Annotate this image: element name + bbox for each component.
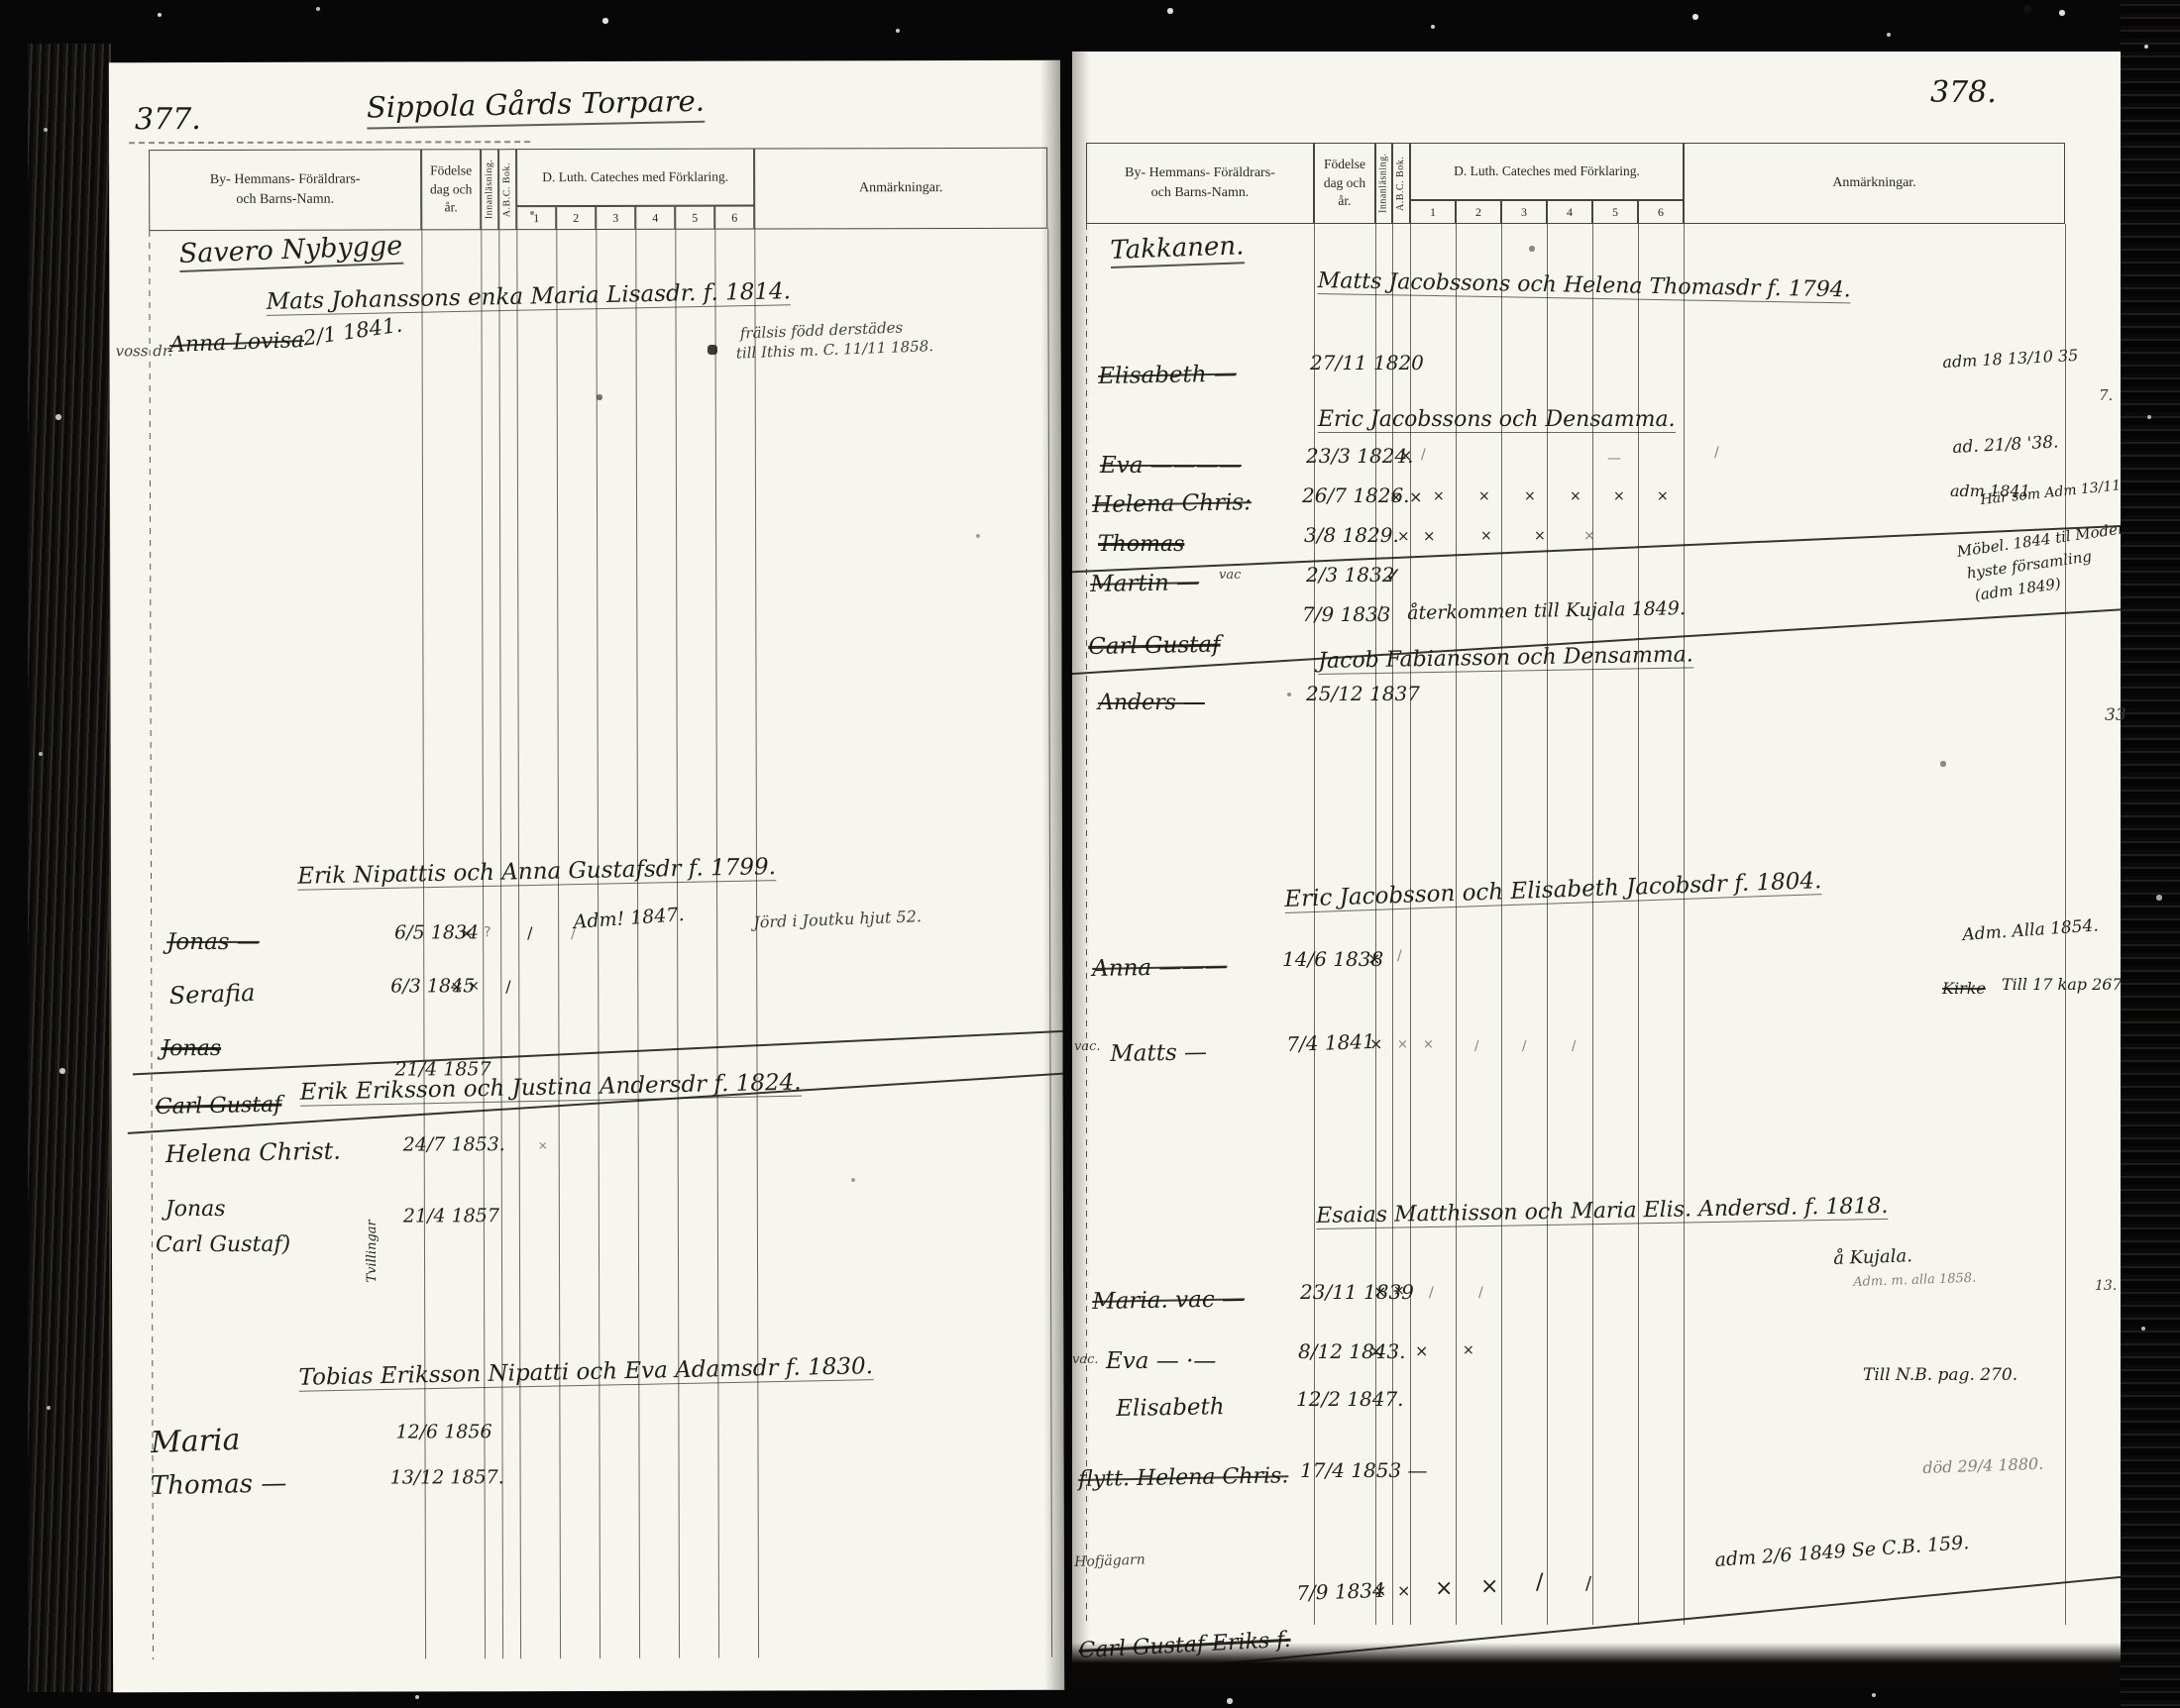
catechism-mark: / (1522, 1040, 1526, 1054)
catechism-mark: × (1373, 1583, 1386, 1600)
birth-date: 8/12 1843. (1298, 1341, 1406, 1362)
village-heading: Savero Nybygge (178, 233, 403, 273)
handwritten-entry: Till N.B. pag. 270. (1863, 1367, 2017, 1385)
ruled-column-line (1375, 224, 1376, 1625)
handwritten-entry: Thomas — (151, 1470, 287, 1500)
edge-note: 13. (2095, 1278, 2117, 1294)
handwritten-entry: Tvillingar (366, 1220, 380, 1282)
handwritten-entry: Maria. vac — (1092, 1287, 1245, 1314)
handwritten-entry: Helena Chris: (1092, 490, 1252, 517)
catechism-mark: × (1423, 529, 1436, 545)
catechism-mark: × (1423, 1038, 1434, 1052)
catechism-mark: × (1409, 489, 1422, 506)
handwritten-entry: Matts — (1110, 1040, 1207, 1066)
family-heading: Esaias Matthisson och Maria Elis. Anders… (1316, 1195, 1889, 1229)
catechism-mark: × (1478, 489, 1490, 504)
page-number: 378. (1930, 75, 1997, 110)
register-page-right: 378. By- Hemmans- Föräldrars- och Barns-… (1072, 52, 2121, 1688)
birth-date: 17/4 1853 — (1300, 1460, 1428, 1481)
column-header-grade-6: 6 (1638, 200, 1684, 224)
margin-note: voss dr. (116, 344, 173, 360)
birth-date: 25/12 1837 (1306, 684, 1420, 704)
catechism-mark: / (1429, 1286, 1434, 1301)
scan-smudge (1072, 1643, 2121, 1688)
column-header-grade-1: 1 (1410, 200, 1456, 224)
family-heading: Eric Jacobssons och Densamma. (1318, 408, 1676, 433)
birth-date: 23/3 1824. (1306, 446, 1414, 467)
catechism-mark: × (450, 979, 463, 996)
catechism-mark: × (1583, 529, 1595, 544)
column-header-reading: Innanläsning. (1375, 143, 1392, 224)
ruled-column-line (481, 230, 486, 1658)
catechism-mark: / (1474, 1040, 1478, 1054)
handwritten-entry: å Kujala. (1833, 1247, 1912, 1269)
handwritten-entry: Serafia (168, 981, 256, 1009)
family-heading: Tobias Eriksson Nipatti och Eva Adamsdr … (298, 1354, 873, 1392)
family-heading: Matts Jacobssons och Helena Thomasdr f. … (1318, 269, 1851, 303)
handwritten-entry: Elisabeth — (1098, 363, 1237, 389)
ruled-column-line (556, 230, 561, 1658)
handwritten-entry: Anna ——— (1092, 955, 1228, 982)
handwritten-entry: ad. 21/8 '38. (1952, 434, 2059, 457)
column-header-birth: Födelse dag och år. (421, 149, 481, 230)
catechism-mark: / (1585, 1575, 1591, 1594)
catechism-mark: × (1369, 1343, 1382, 1360)
register-page-left: 377. Sippola Gårds Torpare. By- Hemmans-… (109, 60, 1064, 1693)
ruled-column-line (1638, 224, 1639, 1625)
handwritten-entry: Carl Gustaf) (156, 1233, 290, 1256)
ruled-column-line (635, 230, 640, 1658)
margin-note: till Ithis m. C. 11/11 1858. (736, 339, 934, 362)
page-number: 377. (135, 102, 201, 137)
column-header-grade-5: 5 (1592, 200, 1638, 224)
catechism-mark: × (1613, 489, 1625, 504)
ruled-column-line (1410, 224, 1411, 1625)
handwritten-entry: Till 17 kap 267. (2002, 977, 2121, 994)
ruled-column-line (421, 230, 426, 1658)
birth-date: 3/8 1829. (1304, 525, 1399, 546)
column-header-grade-1: 1 (516, 206, 556, 230)
handwritten-entry: Elisabeth (1116, 1395, 1225, 1421)
handwritten-entry: Jonas (161, 1035, 1064, 1061)
catechism-mark: × (1534, 529, 1546, 544)
handwritten-entry: Kirke (1942, 981, 1986, 998)
catechism-mark: × (1657, 489, 1669, 504)
scan-noise-ink (0, 0, 2, 2)
ruled-column-line (675, 230, 680, 1658)
catechism-mark: ? (484, 925, 490, 940)
catechism-mark: × (1399, 448, 1412, 465)
ruled-column-line (498, 230, 503, 1658)
ruled-column-line (1501, 224, 1502, 1625)
catechism-mark: × (1397, 529, 1410, 545)
handwritten-entry: adm 18 13/10 35 (1942, 348, 2079, 372)
catechism-mark: × (460, 925, 473, 942)
column-header-grade-2: 2 (1456, 200, 1501, 224)
handwritten-entry: Adm. Alla 1854. (1962, 917, 2099, 944)
catechism-mark: / (571, 927, 576, 942)
handwritten-entry: Martin — (1090, 571, 1199, 596)
catechism-mark: / (527, 925, 532, 942)
handwritten-entry: Här som Adm 13/11 1844. (1980, 474, 2121, 507)
birth-date: 21/4 1857 (403, 1207, 499, 1227)
handwritten-entry: Anna Lovisa (169, 329, 305, 357)
birth-date: 12/2 1847. (1296, 1389, 1404, 1410)
birth-date: 2/3 1832 (1306, 565, 1394, 586)
book-page-stack-edge (28, 44, 111, 1692)
catechism-mark: × (1397, 1038, 1408, 1052)
spine-shadow (1040, 60, 1064, 1690)
catechism-mark: ✓ (1385, 565, 1402, 586)
catechism-mark: × (468, 979, 480, 994)
catechism-mark: × (1433, 489, 1445, 504)
handwritten-entry: Eva — ·— (1106, 1349, 1216, 1373)
catechism-mark: × (1397, 1583, 1410, 1600)
birth-date: 24/7 1853. (403, 1135, 505, 1155)
handwritten-entry: (adm 1849) (1974, 577, 2062, 604)
edge-note: 33 (2105, 705, 2126, 725)
column-header-grade-2: 2 (556, 206, 596, 230)
scan-right-edge (2121, 0, 2180, 1708)
handwritten-entry: återkommen till Kujala 1849. (1407, 599, 1686, 624)
catechism-mark: × (1463, 1343, 1474, 1358)
margin-note: Jörd i Joutku hjut 52. (753, 908, 922, 931)
column-header-grade-4: 4 (635, 206, 675, 230)
birth-date: 12/6 1856 (395, 1423, 491, 1442)
catechism-mark: — (1607, 452, 1621, 467)
scanned-register-spread: 377. Sippola Gårds Torpare. By- Hemmans-… (0, 0, 2180, 1708)
handwritten-entry: Anders — (1098, 692, 1205, 714)
column-header-abc: A.B.C. Bok. (1392, 143, 1410, 224)
ruled-column-line (1684, 224, 1685, 1625)
birth-date: 7/4 1841 (1286, 1031, 1375, 1055)
birth-date: 2/1 1841. (302, 313, 404, 349)
catechism-mark: × (1373, 1284, 1386, 1301)
birth-date: 7/9 1834 (1296, 1580, 1385, 1604)
column-header-names: By- Hemmans- Föräldrars- och Barns-Namn. (1086, 143, 1314, 224)
handwritten-entry: adm 2/6 1849 Se C.B. 159. (1714, 1534, 1970, 1571)
ruled-column-line (516, 230, 521, 1658)
column-header-names: By- Hemmans- Föräldrars- och Barns-Namn. (149, 149, 421, 231)
edge-note: 7. (2099, 386, 2113, 404)
family-heading: Eric Jacobsson och Elisabeth Jacobsdr f.… (1284, 869, 1822, 913)
handwritten-entry: Jonas — (166, 930, 260, 954)
catechism-mark: × (1369, 1036, 1382, 1053)
handwritten-entry: Adm. m. alla 1858. (1853, 1272, 1976, 1290)
catechism-mark: / (1377, 604, 1382, 621)
margin-note: vac (1219, 569, 1241, 583)
catechism-mark: × (1415, 1343, 1428, 1360)
catechism-mark: / (1421, 448, 1426, 463)
ruled-dashed-line (129, 141, 530, 144)
ruled-column-line (1456, 224, 1457, 1625)
catechism-mark: × (1524, 489, 1536, 504)
handwritten-entry: Helena Christ. (165, 1139, 341, 1168)
birth-date: 13/12 1857. (390, 1468, 504, 1488)
ruled-column-line (1314, 224, 1315, 1625)
handwritten-entry: död 29/4 1880. (1922, 1456, 2044, 1477)
ruled-column-line (754, 230, 759, 1658)
column-header-remarks: Anmärkningar. (754, 148, 1047, 230)
handwritten-entry: Maria (150, 1425, 241, 1459)
catechism-mark: × (1435, 1577, 1453, 1600)
column-header-grade-3: 3 (596, 206, 635, 230)
column-header-birth: Födelse dag och år. (1314, 143, 1375, 224)
catechism-mark: / (1714, 446, 1719, 461)
catechism-mark: / (505, 979, 510, 996)
column-header-abc: A.B.C. Bok. (498, 149, 516, 230)
village-heading: Takkanen. (1110, 233, 1245, 268)
family-heading: Mats Johanssons enka Maria Lisasdr. f. 1… (266, 279, 791, 316)
catechism-mark: × (1480, 529, 1492, 544)
catechism-mark: × (1393, 1284, 1405, 1299)
catechism-mark: / (1397, 949, 1402, 964)
handwritten-entry: Eva ———— (1100, 454, 1242, 478)
catechism-mark: / (1536, 1571, 1543, 1594)
ruled-column-line (1392, 224, 1393, 1625)
catechism-mark: × (1480, 1575, 1498, 1598)
column-header-grade-6: 6 (714, 206, 754, 230)
catechism-mark: / (1572, 1040, 1576, 1054)
handwritten-entry: Jonas (165, 1198, 226, 1221)
ruled-column-line (714, 230, 719, 1658)
column-header-reading: Innanläsning. (481, 149, 498, 230)
catechism-mark: × (1389, 489, 1402, 506)
ruled-column-line (596, 230, 600, 1658)
catechism-mark: / (1478, 1286, 1483, 1301)
handwritten-entry: Adm! 1847. (573, 906, 685, 933)
column-header-catechism: D. Luth. Cateches med Förklaring. (516, 149, 754, 207)
column-header-grade-5: 5 (675, 206, 714, 230)
ruled-column-line (1547, 224, 1548, 1625)
column-header-grade-3: 3 (1501, 200, 1547, 224)
spine-shadow (1072, 52, 1090, 1688)
page-title: Sippola Gårds Torpare. (367, 84, 706, 130)
ruled-column-line (1592, 224, 1593, 1625)
family-heading: Erik Nipattis och Anna Gustafsdr f. 1799… (297, 855, 776, 891)
column-header-grade-4: 4 (1547, 200, 1592, 224)
handwritten-entry: flytt. Helena Chris. (1078, 1464, 1289, 1491)
catechism-mark: × (1367, 951, 1380, 968)
column-header-remarks: Anmärkningar. (1684, 143, 2065, 224)
catechism-mark: × (1570, 489, 1581, 504)
catechism-mark: × (538, 1139, 548, 1152)
column-header-catechism: D. Luth. Cateches med Förklaring. (1410, 143, 1684, 200)
birth-date: 27/11 1820 (1310, 353, 1424, 374)
